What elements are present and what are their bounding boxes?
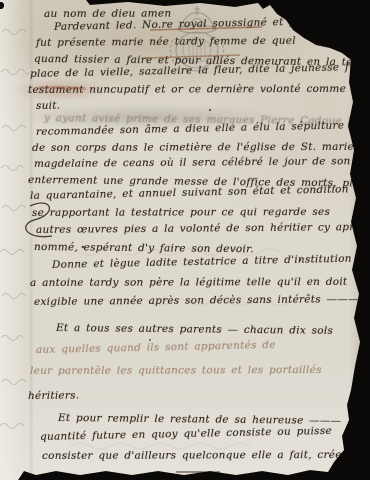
handwritten-line: fut présente marie née tardy femme de qu… bbox=[36, 35, 296, 49]
handwritten-line: consister que d'ailleurs quelconque elle… bbox=[42, 449, 342, 462]
handwritten-line: testament nuncupatif et or ce dernière v… bbox=[28, 83, 359, 96]
handwritten-line: exigible une année après son décès sans … bbox=[34, 293, 359, 308]
handwritten-line: quantité future en quoy qu'elle consiste… bbox=[40, 425, 332, 443]
paper-page: au nom de dieu amen Pardevant led. No.re… bbox=[0, 0, 370, 480]
handwritten-line: Donne et lègue ladite testatrice a titre… bbox=[52, 253, 352, 271]
handwritten-line: a antoine tardy son père la légitime tel… bbox=[30, 276, 347, 289]
handwritten-line: de son corps dans le cimetière de l'égli… bbox=[32, 141, 354, 154]
handwritten-line-faded: aux quelles quand ils sont apparentés de bbox=[36, 339, 276, 356]
handwritten-line: autres œuvres pies a la volonté de son h… bbox=[36, 221, 367, 236]
handwritten-line: magdelaine de ceans où il sera célébré l… bbox=[34, 155, 351, 170]
handwritten-line: nommé, espérant d'y faire son devoir. bbox=[34, 241, 254, 255]
handwritten-line: Et a tous ses autres parents — chacun di… bbox=[56, 322, 333, 337]
handwritten-text-block: au nom de dieu amen Pardevant led. No.re… bbox=[0, 0, 370, 480]
handwritten-line-faded: leur parentèle les quittances tous et le… bbox=[30, 364, 322, 377]
manuscript-scan: au nom de dieu amen Pardevant led. No.re… bbox=[0, 0, 370, 480]
handwritten-line: héritiers. bbox=[28, 390, 79, 402]
handwritten-line: suit. bbox=[36, 100, 60, 112]
handwritten-line: se rapportant la testatrice pour ce qui … bbox=[32, 206, 330, 219]
